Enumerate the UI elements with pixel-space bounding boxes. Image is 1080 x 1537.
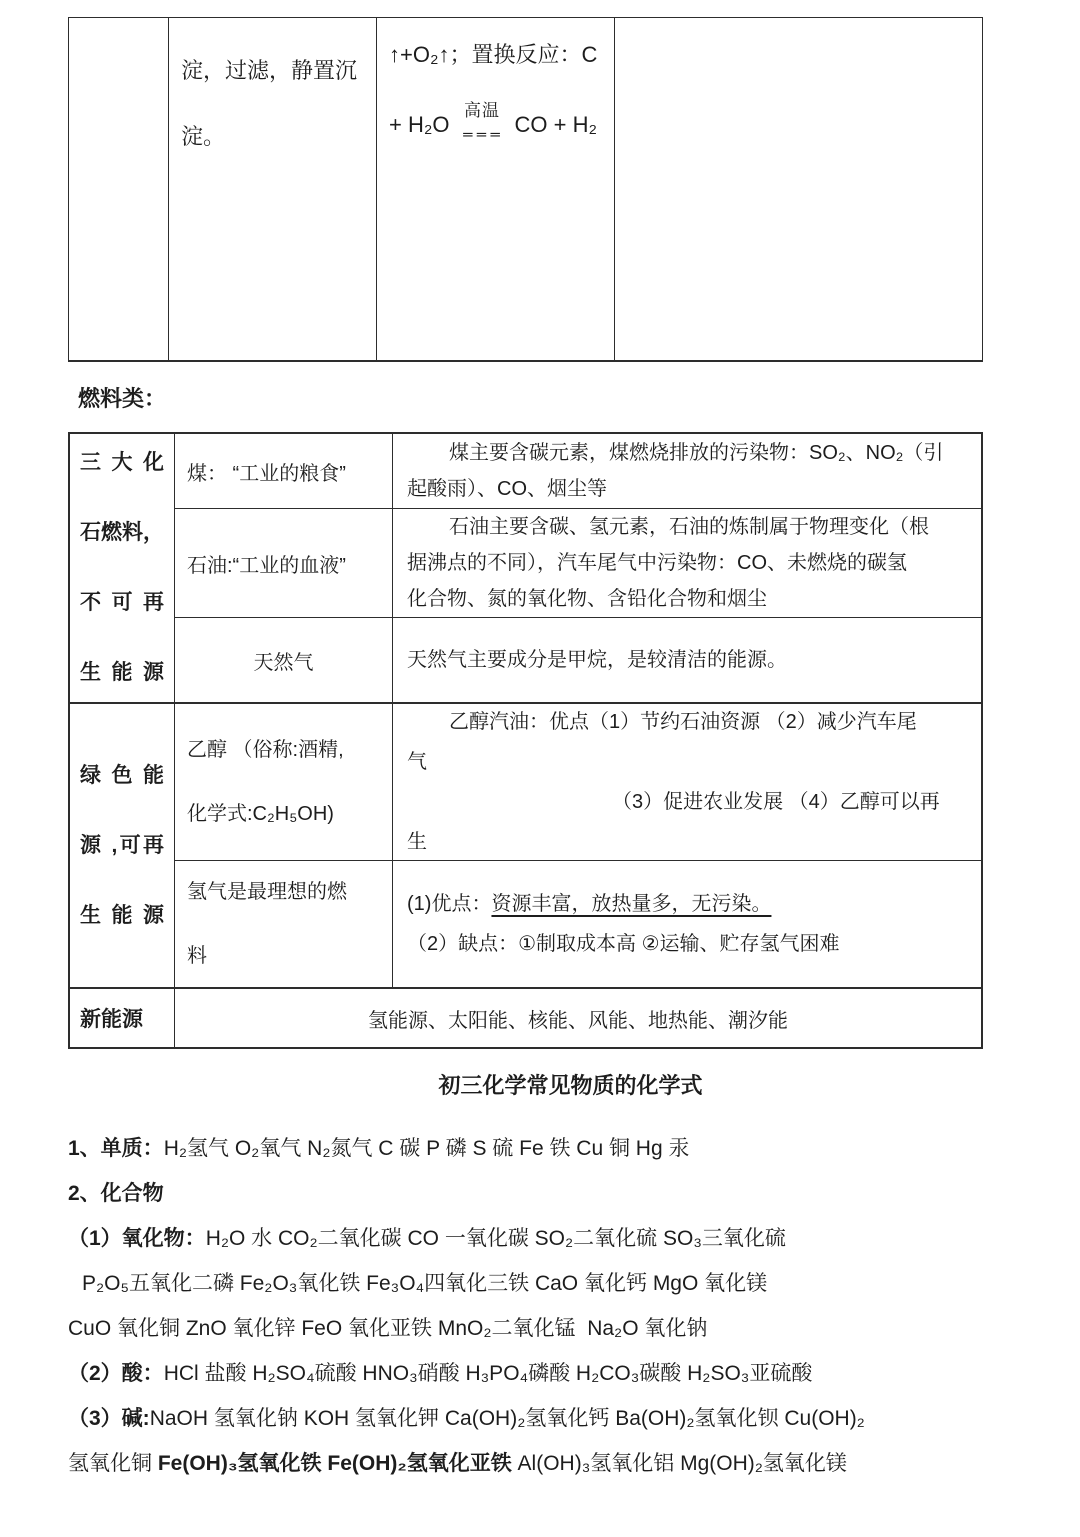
- empty-cell: [69, 18, 168, 360]
- formula-section-title: 初三化学常见物质的化学式: [68, 1071, 983, 1101]
- reaction-line1: ↑+O₂↑；置换反应：C: [389, 34, 608, 76]
- oxides-line1: （1）氧化物：H₂O 水 CO₂二氧化碳 CO 一氧化碳 SO₂二氧化硫 SO₃…: [68, 1216, 983, 1261]
- fuel-section-heading: 燃料类：: [78, 387, 983, 411]
- chemical-equation: + H₂O 高温 ₌₌₌ CO + H₂: [389, 100, 608, 142]
- fuel-table: 三大化 石燃料， 不可再 生能源 煤： “工业的粮食” 煤主要含碳元素，煤燃烧排…: [68, 432, 983, 1049]
- coal-desc-cell: 煤主要含碳元素，煤燃烧排放的污染物：SO₂、NO₂（引 起酸雨）、CO、烟尘等: [392, 434, 981, 508]
- bases-label: （3）碱:: [68, 1407, 150, 1430]
- hydrogen-advantage-prefix: (1)优点：: [407, 893, 491, 915]
- ethanol-label-cell: 乙醇 （俗称:酒精, 化学式:C₂H₅OH): [174, 702, 392, 860]
- bases-line2: 氢氧化铜 Fe(OH)₃氢氧化铁 Fe(OH)₂氢氧化亚铁 Al(OH)₃氢氧化…: [68, 1441, 983, 1486]
- equation-right: CO + H₂: [515, 108, 598, 142]
- ethanol-desc-cell: 乙醇汽油：优点（1）节约石油资源 （2）减少汽车尾 气 （3）促进农业发展 （4…: [392, 702, 981, 860]
- iron-hydroxides-bold: Fe(OH)₃氢氧化铁 Fe(OH)₂氢氧化亚铁: [158, 1452, 512, 1475]
- bases-line1: （3）碱:NaOH 氢氧化钠 KOH 氢氧化钾 Ca(OH)₂氢氧化钙 Ba(O…: [68, 1396, 983, 1441]
- oxides-line3: CuO 氧化铜 ZnO 氧化锌 FeO 氧化亚铁 MnO₂二氧化锰 Na₂O 氧…: [68, 1306, 983, 1351]
- formula-list: 1、单质：H₂氢气 O₂氧气 N₂氮气 C 碳 P 磷 S 硫 Fe 铁 Cu …: [68, 1126, 983, 1486]
- gas-label-cell: 天然气: [174, 617, 392, 702]
- acids-label: （2）酸：: [68, 1362, 164, 1385]
- new-energy-content-cell: 氢能源、太阳能、核能、风能、地热能、潮汐能: [174, 987, 981, 1047]
- fossil-fuel-group-cell: 三大化 石燃料， 不可再 生能源: [70, 434, 174, 702]
- elements-line: 1、单质：H₂氢气 O₂氧气 N₂氮气 C 碳 P 磷 S 硫 Fe 铁 Cu …: [68, 1126, 983, 1171]
- hydrogen-disadvantage: （2）缺点：①制取成本高 ②运输、贮存氢气困难: [407, 924, 967, 964]
- document-page: 淀，过滤，静置沉 淀。 ↑+O₂↑；置换反应：C + H₂O 高温 ₌₌₌ CO…: [0, 0, 983, 1486]
- hydrogen-label-cell: 氢气是最理想的燃 料: [174, 860, 392, 987]
- equals-sign: ₌₌₌: [462, 122, 503, 142]
- equation-left: + H₂O: [389, 108, 450, 142]
- gas-desc-cell: 天然气主要成分是甲烷，是较清洁的能源。: [392, 617, 981, 702]
- acids-line: （2）酸：HCl 盐酸 H₂SO₄硫酸 HNO₃硝酸 H₃PO₄磷酸 H₂CO₃…: [68, 1351, 983, 1396]
- oil-label-cell: 石油:“工业的血液”: [174, 508, 392, 617]
- green-energy-group-cell: 绿色能 源 ,可再 生能源: [70, 702, 174, 987]
- equation-condition-block: 高温 ₌₌₌: [462, 100, 503, 142]
- oil-desc-cell: 石油主要含碳、氢元素，石油的炼制属于物理变化（根 据沸点的不同），汽车尾气中污染…: [392, 508, 981, 617]
- precipitation-table: 淀，过滤，静置沉 淀。 ↑+O₂↑；置换反应：C + H₂O 高温 ₌₌₌ CO…: [68, 17, 983, 362]
- oxides-line2: P₂O₅五氧化二磷 Fe₂O₃氧化铁 Fe₃O₄四氧化三铁 CaO 氧化钙 Mg…: [68, 1261, 983, 1306]
- new-energy-label-cell: 新能源: [70, 987, 174, 1047]
- coal-label-cell: 煤： “工业的粮食”: [174, 434, 392, 508]
- precipitation-cell: 淀，过滤，静置沉 淀。: [168, 18, 376, 360]
- oxides-label: （1）氧化物：: [68, 1227, 206, 1250]
- hydrogen-advantage-underlined: 资源丰富，放热量多，无污染。: [491, 893, 771, 915]
- compounds-heading: 2、化合物: [68, 1171, 983, 1216]
- hydrogen-desc-cell: (1)优点：资源丰富，放热量多，无污染。 （2）缺点：①制取成本高 ②运输、贮存…: [392, 860, 981, 987]
- elements-label: 1、单质：: [68, 1137, 164, 1160]
- empty-cell: [614, 18, 982, 360]
- reaction-cell: ↑+O₂↑；置换反应：C + H₂O 高温 ₌₌₌ CO + H₂: [376, 18, 614, 360]
